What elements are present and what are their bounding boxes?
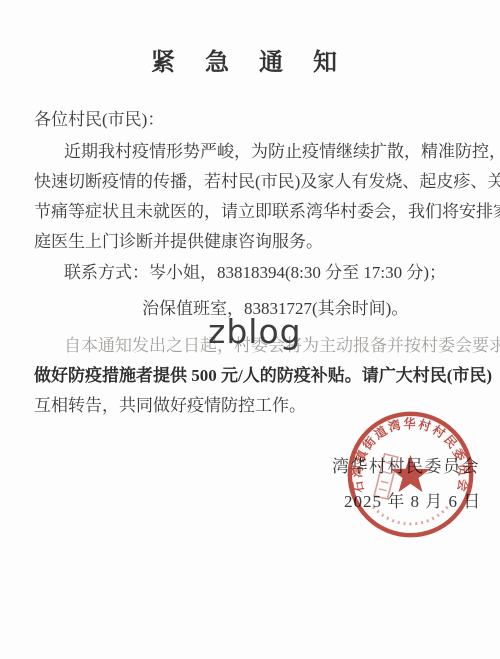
body-line-1: 近期我村疫情形势严峻，为防止疫情继续扩散，精准防控， [64,140,500,164]
body-line-4: 庭医生上门诊断并提供健康咨询服务。 [34,230,323,254]
body-line-2: 快速切断疫情的传播，若村民(市民)及家人有发烧、起皮疹、关 [34,170,500,194]
signature-date: 2025 年 8 月 6 日 [344,487,481,512]
body-line-3: 节痛等症状且未就医的，请立即联系湾华村委会，我们将安排家 [34,200,500,224]
watermark-text: zblog [208,312,302,351]
signature-committee: 湾华村村民委员会 [332,452,480,477]
page-title-text: 紧 急 通 知 [151,50,349,76]
contact-line-primary: 联系方式：岑小姐，83818394(8:30 分至 17:30 分)； [64,261,446,285]
notice-document: 紧 急 通 知 各位村民(市民)： 近期我村疫情形势严峻，为防止疫情继续扩散，精… [0,0,500,659]
page-title: 紧 急 通 知 [0,42,500,77]
subsidy-line-bold: 做好防疫措施者提供 500 元/人的防疫补贴。请广大村民(市民) [34,364,492,388]
closing-line: 互相转告，共同做好疫情防控工作。 [34,394,306,418]
greeting-line: 各位村民(市民)： [34,108,164,132]
